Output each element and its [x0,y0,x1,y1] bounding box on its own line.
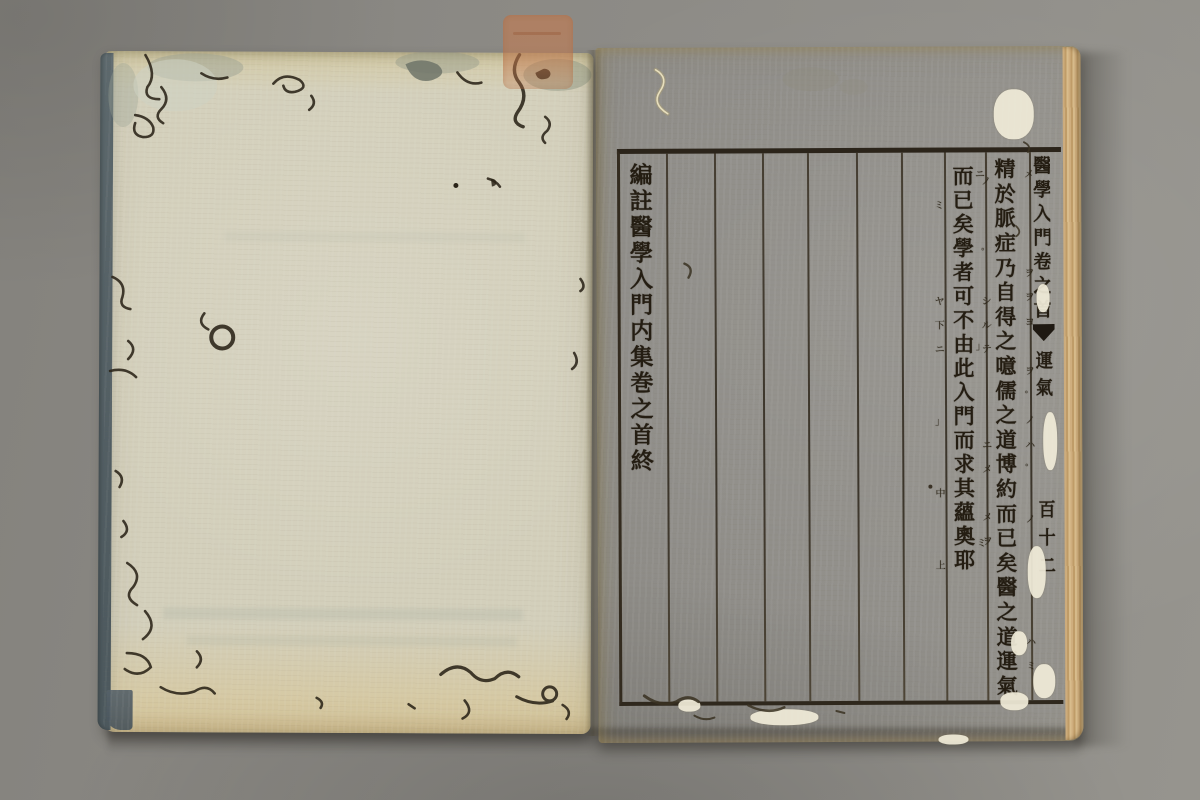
glyph: 學 [1033,176,1050,200]
main-text-column-2: 而ノ已ミ矣學゜者可シヤ不ル下由テニ此入門」而ニ求メ其中蘊メ奧ヲ耶上 [945,163,983,571]
column-divider [666,154,670,702]
fore-edge [1062,47,1083,740]
column-divider [762,153,766,701]
column-divider [807,153,811,701]
glyph: 入 [1033,200,1050,224]
glyph: 運 [1033,346,1056,373]
repair-patch [1028,546,1046,598]
column-divider [856,153,860,701]
kunten-mark: ミ [934,201,944,211]
kunten-mark: ノ [1026,515,1036,525]
column-divider [901,153,905,701]
right-page: 編註醫學入門内集巻之首終 而ノ已ミ矣學゜者可シヤ不ル下由テニ此入門」而ニ求メ其中… [595,46,1083,743]
repair-patch [1033,664,1055,698]
catalog-sticker [503,15,573,89]
kunten-mark: ゜ [1025,466,1035,476]
repair-patch [1011,631,1027,655]
glyph: 卷 [1033,248,1050,272]
kunten-mark: ノ [1025,416,1035,426]
showthrough-band [163,607,523,621]
kunten-mark: ハ [1026,638,1036,648]
glyph: 百 [1036,494,1059,522]
worm-damage-left [103,51,594,734]
repair-patch [1000,692,1028,710]
kunten-mark: 中 [935,489,945,499]
showthrough-band [225,231,525,242]
repair-patch [1043,412,1057,470]
showthrough-band [187,635,517,646]
spine-section-label: 運氣 [1033,346,1056,400]
kunten-mark: ニ [935,345,945,355]
cover-corner [107,690,133,730]
kunten-mark: ハ [1025,441,1035,451]
kunten-mark: ミ [977,540,987,550]
book-shadow-right [1076,52,1128,746]
kunten-mark: 下 [935,321,945,331]
repair-patch [994,89,1034,139]
glyph: 醫 [1033,152,1050,176]
sticker-text-trace [513,32,561,35]
column-divider [714,154,718,702]
glyph: 門 [1033,224,1050,248]
repair-patch [750,709,818,725]
repair-patch [938,734,968,744]
glyph: 耶上 [947,547,983,571]
book-photo: 編註醫學入門内集巻之首終 而ノ已ミ矣學゜者可シヤ不ル下由テニ此入門」而ニ求メ其中… [0,0,1200,800]
glyph: 氣 [1033,373,1056,400]
kunten-mark: ヤ [935,297,945,307]
colophon-column: 編註醫學入門内集巻之首終 [623,160,660,472]
gutter-shadow [586,50,602,736]
paper-texture [103,51,594,734]
cover-edge [98,53,114,730]
repair-patch [678,700,700,712]
kunten-mark: 上 [936,561,946,571]
kunten-mark: ニ [975,171,985,181]
main-text-column-1: 精メニ於脈症乃ヲ自ヲ得ヨ之」噫ヲ儒゜之ノ道ハ博゜約而ノ已ミ矣醫之道ハ運ミ氣 [986,156,1026,697]
kunten-mark: 」 [976,343,986,353]
glyph: 終 [624,446,660,472]
left-page [103,51,594,734]
repair-patch [1037,284,1050,312]
kunten-mark: 」 [935,417,945,427]
